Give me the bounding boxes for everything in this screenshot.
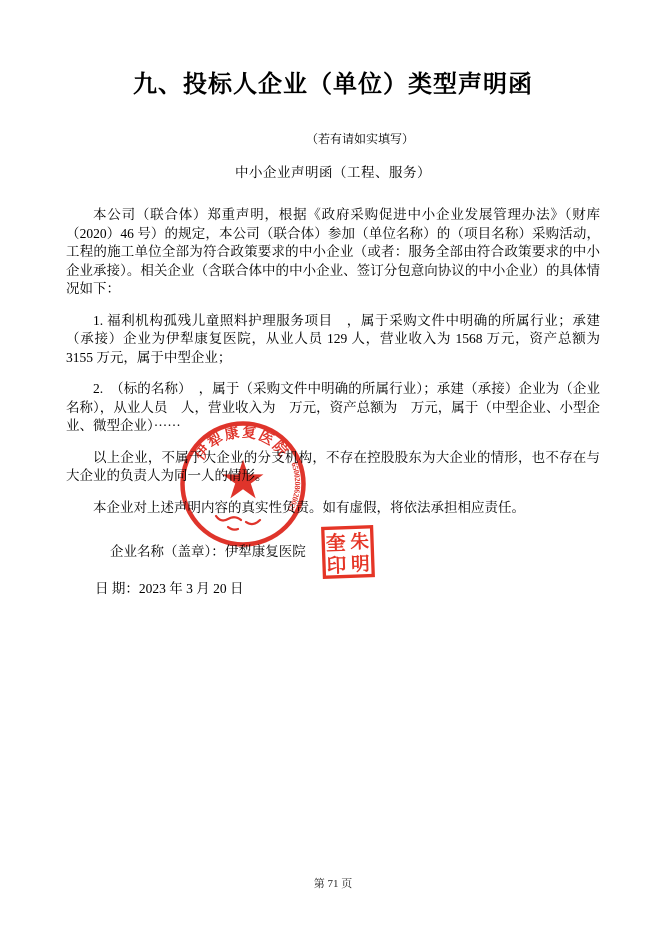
paragraph-item-1: 1. 福利机构孤残儿童照料护理服务项目 ，属于采购文件中明确的所属行业；承建（承…: [66, 312, 600, 368]
paragraph-responsibility: 本企业对上述声明内容的真实性负责。如有虚假，将依法承担相应责任。: [66, 499, 600, 518]
paragraph-no-large-enterprise: 以上企业，不属于大企业的分支机构，不存在控股股东为大企业的情形，也不存在与大企业…: [66, 449, 600, 486]
page-number: 第 71 页: [0, 875, 666, 891]
document-content: 九、投标人企业（单位）类型声明函 （若有请如实填写） 中小企业声明函（工程、服务…: [0, 0, 666, 598]
signature-line: 企业名称（盖章）：伊犁康复医院: [66, 543, 600, 562]
body-text: 本公司（联合体）郑重声明，根据《政府采购促进中小企业发展管理办法》（财库（202…: [66, 206, 600, 517]
paragraph-declaration: 本公司（联合体）郑重声明，根据《政府采购促进中小企业发展管理办法》（财库（202…: [66, 206, 600, 299]
declaration-subtitle: 中小企业声明函（工程、服务）: [66, 164, 600, 181]
page-title: 九、投标人企业（单位）类型声明函: [66, 0, 600, 99]
document-page: 九、投标人企业（单位）类型声明函 （若有请如实填写） 中小企业声明函（工程、服务…: [0, 0, 666, 930]
date-line: 日 期：2023 年 3 月 20 日: [66, 580, 600, 599]
paragraph-item-2: 2. （标的名称） ，属于（采购文件中明确的所属行业）；承建（承接）企业为（企业…: [66, 380, 600, 436]
fill-note: （若有请如实填写）: [93, 132, 627, 147]
